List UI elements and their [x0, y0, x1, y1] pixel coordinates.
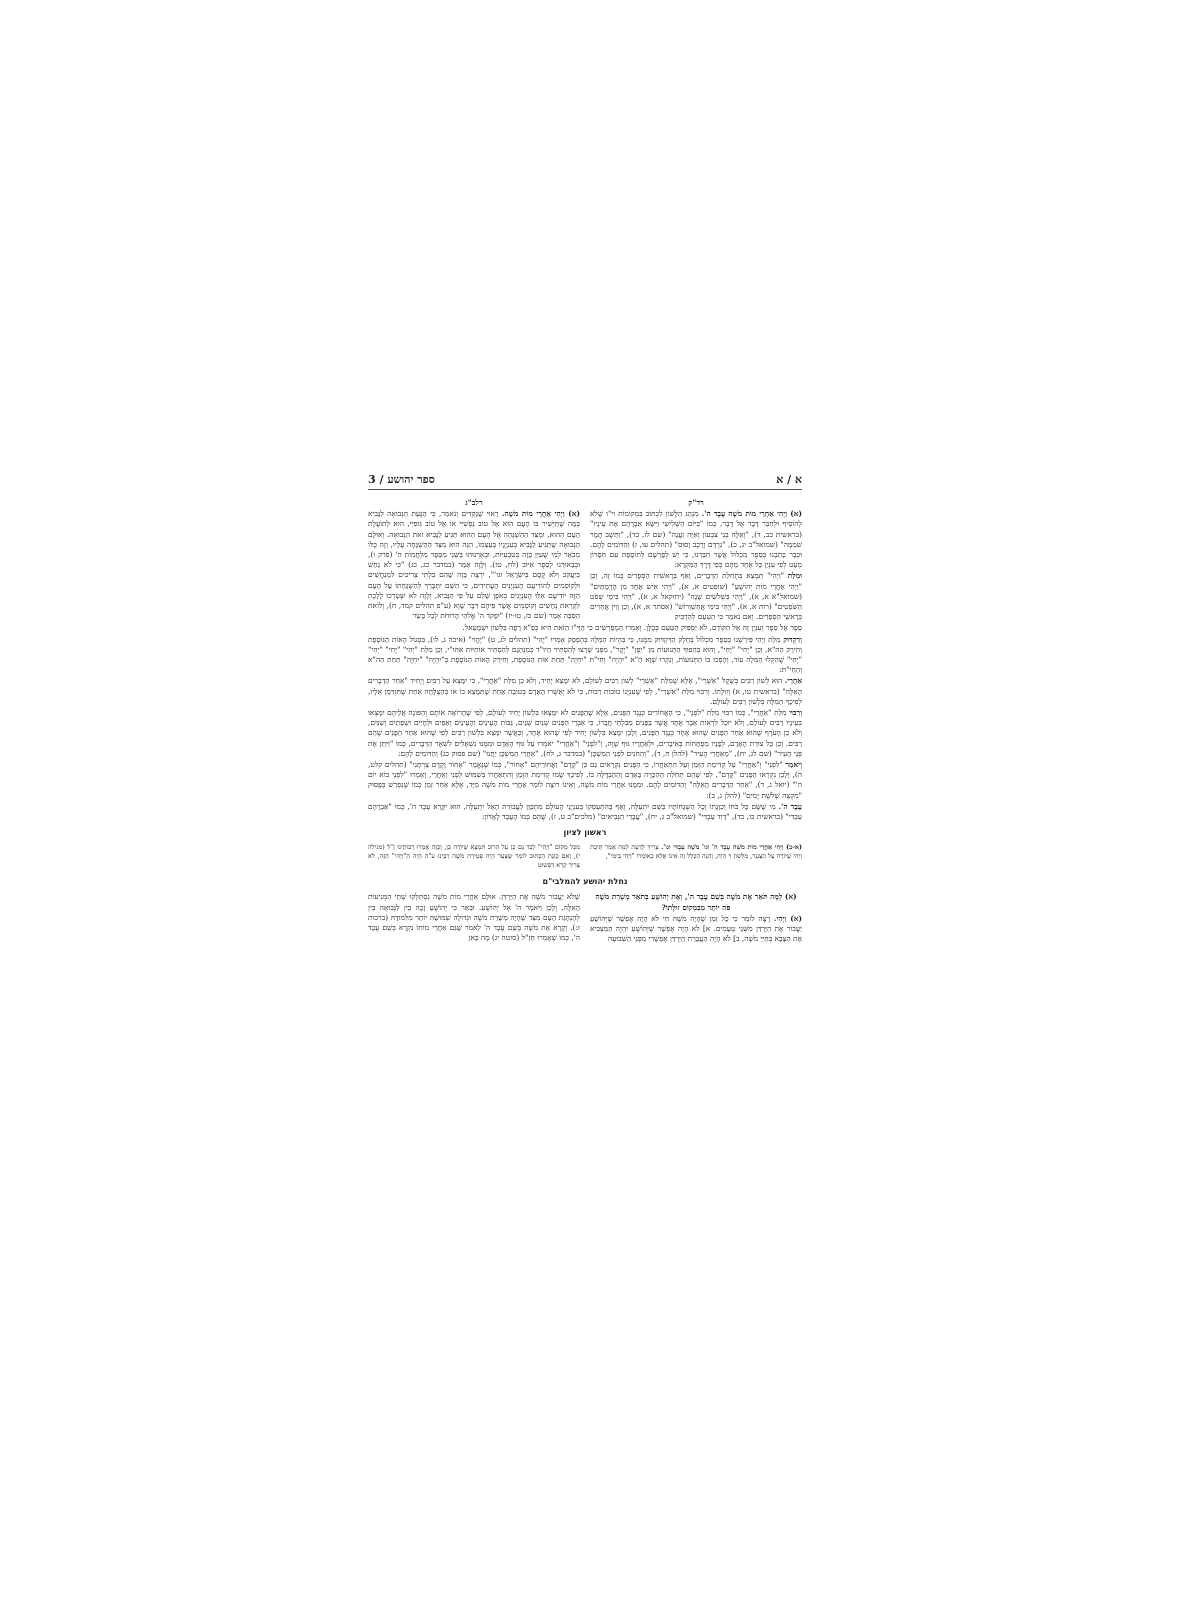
nachalat-yehoshua-title: נחלת יהושע להמלבי"ם — [368, 877, 802, 886]
radak-full-width: סֵפֶר אֶל סֵפֶר וְעִנְיָן זֶה אֶל הַקּוֹ… — [368, 623, 802, 822]
rishon-letzion-paragraph: מִכָּל מָקוֹם "וַיְהִי" לְבַד גַּם כֵּן … — [368, 843, 580, 870]
page-header: א / א 3 / ספר יהושע — [368, 470, 802, 490]
radak-paragraph: עֶבֶד ה'. מִי שֶׁשָּׂם כָּל כֹּחוֹ וְכַו… — [368, 802, 802, 822]
book-page: א / א 3 / ספר יהושע רד"ק (א) וַיְהִי אַח… — [368, 470, 802, 945]
commentary-columns-top: רד"ק (א) וַיְהִי אַחֲרֵי מוֹת מֹשֶׁה עֶב… — [368, 496, 802, 623]
rishon-letzion-title: ראשון לציון — [368, 828, 802, 837]
nachalat-paragraph: שֶׁלֹּא יַעֲבוֹר מֹשֶׁה אֶת הַיַּרְדֵּן.… — [368, 892, 580, 943]
nachalat-yehoshua-left: שֶׁלֹּא יַעֲבוֹר מֹשֶׁה אֶת הַיַּרְדֵּן.… — [368, 892, 580, 945]
nachalat-yehoshua-right: (א) לָמָּה תֹּאַר אֶת מֹשֶׁה בְּשֵׁם עֶב… — [590, 892, 802, 945]
nachalat-paragraph: (א) וַיְהִי. רָצָה לוֹמַר כִּי כָּל זְמַ… — [590, 914, 802, 945]
chapter-verse-marker: א / א — [776, 473, 802, 486]
radak-paragraph: וְרִבּוּי מִלַּת "אַחֲרֵי", כְּמוֹ רִבּו… — [368, 708, 802, 759]
nachalat-question: (א) לָמָּה תֹּאַר אֶת מֹשֶׁה בְּשֵׁם עֶב… — [590, 892, 802, 912]
page-number: 3 / — [368, 473, 387, 486]
nachalat-yehoshua-columns: (א) לָמָּה תֹּאַר אֶת מֹשֶׁה בְּשֵׁם עֶב… — [368, 892, 802, 945]
book-title: ספר יהושע — [387, 473, 435, 486]
book-title-page-number: 3 / ספר יהושע — [368, 473, 435, 486]
rishon-letzion-left: מִכָּל מָקוֹם "וַיְהִי" לְבַד גַּם כֵּן … — [368, 843, 580, 871]
radak-paragraph: וְדִקְדּוּק מִלַּת וַיְהִי פֵּירַשְׁנוּ … — [368, 635, 802, 676]
radak-paragraph: וּמִלַּת "וַיְהִי" תִּמָּצֵא בִּתְחִלַּת… — [590, 571, 802, 622]
radak-column: רד"ק (א) וַיְהִי אַחֲרֵי מוֹת מֹשֶׁה עֶב… — [590, 496, 802, 623]
rishon-letzion-paragraph: (א-ב) וַיְהִי אַחֲרֵי מוֹת מֹשֶׁה עֶבֶד … — [590, 843, 802, 861]
ralbag-paragraph: (א) וַיְהִי אַחֲרֵי מוֹת מֹשֶׁה. רָאוּי … — [368, 509, 580, 621]
radak-paragraph: וְיֹאמַר "לִפְנֵי" וְ"אַחֲרֵי" עַל קְדִי… — [368, 760, 802, 801]
ralbag-title: רלב"ג — [368, 498, 580, 508]
radak-paragraph: אַחֲרֵי. הוּא לְשׁוֹן רַבִּים בְּשֶׁקֶל … — [368, 676, 802, 707]
radak-paragraph: סֵפֶר אֶל סֵפֶר וְעִנְיָן זֶה אֶל הַקּוֹ… — [368, 623, 802, 633]
radak-paragraph: (א) וַיְהִי אַחֲרֵי מוֹת מֹשֶׁה עֶבֶד ה'… — [590, 509, 802, 570]
rishon-letzion-right: (א-ב) וַיְהִי אַחֲרֵי מוֹת מֹשֶׁה עֶבֶד … — [590, 843, 802, 871]
rishon-letzion-columns: (א-ב) וַיְהִי אַחֲרֵי מוֹת מֹשֶׁה עֶבֶד … — [368, 843, 802, 871]
radak-title: רד"ק — [590, 498, 802, 508]
ralbag-column: רלב"ג (א) וַיְהִי אַחֲרֵי מוֹת מֹשֶׁה. ר… — [368, 496, 580, 623]
